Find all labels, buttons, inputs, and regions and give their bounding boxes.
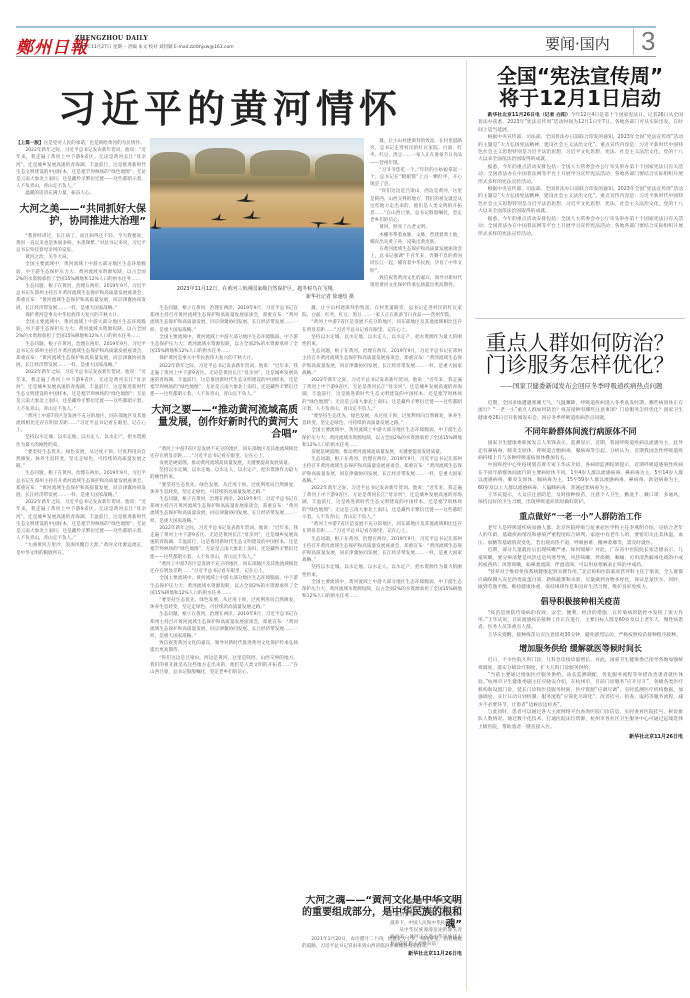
- body-paragraph: 致信祝贺黄河文化的嘉宾，领导对新时代推进黄河文化保护传承弘扬提出更高期待。: [370, 275, 462, 289]
- body-paragraph: 中国疾控中心免疫规划首席专家王华庆介绍，各病原监测结果提示，近期呼吸道感染性疾病…: [478, 462, 683, 492]
- section-heading-vaccination: 倡导积极接种相关疫苗: [478, 596, 683, 607]
- photo-treeline: [195, 148, 245, 174]
- intro-paragraph: 近期，全国多地遭遇寒潮天气，气温骤降，呼吸道疾病进入冬季高发时期。哪些病原体正在…: [478, 400, 683, 422]
- photo-treeline: [250, 150, 310, 176]
- body-paragraph: 生态问题，根子在黄河，治理在两岸。2019年9月，习近平总书记在郑州主持召开黄河…: [150, 496, 298, 525]
- body-paragraph: 全国主要流域中，黄河流域上中游大部分地区生态环境脆弱，中下游生态保护压力大；黄河…: [150, 334, 298, 356]
- body-paragraph: 王华庆提醒，接种疫苗后应注意留观30分钟，避免剧烈运动，严格按照疫苗接种程序接种…: [478, 632, 683, 639]
- body-paragraph: 老年人是呼吸道疾病易感人群。北京医院呼吸与危重症医学科主任李燕明介绍，应结合老年…: [478, 525, 683, 547]
- body-paragraph: 黄河之治，关乎大局。: [16, 254, 146, 261]
- section-heading-river-development: 大河之要——“推动黄河流域高质量发展，创作好新时代的黄河大合唱”: [150, 405, 298, 441]
- body-paragraph: 全国主要流域中，黄河流域上中游大部分地区生态环境脆弱，中下游生态保护压力大；黄河…: [302, 579, 462, 601]
- photo-caption-text: 2023年11月12日，在黄河三角洲国家级自然保护区，越冬候鸟在飞翔。: [177, 286, 337, 292]
- body-paragraph: 生态问题，根子在黄河，治理在两岸。2019年9月，习近平总书记在郑州主持召开黄河…: [302, 348, 462, 377]
- body-paragraph: 溉，让小山村逐渐拜豹致富，在村里道路旁，总书记走进村民的红瓦家院。白面、红枣、红…: [302, 305, 462, 319]
- dateline: 新华社北京11月26日电: [478, 734, 683, 741]
- body-paragraph: “江河之所以能冲开绝壁夺隘而出，是因其积聚了千里奔涌、万壑归流的洪荒伟力。”在这…: [390, 898, 462, 927]
- body-paragraph: “黄河上中游7省区是发展不充分的地区，同东部地区及其他流域相比还存在明显差距………: [150, 446, 298, 460]
- body-paragraph: 据悉，今年的重点活动安排包括：全国人大常委会办公厅牵头举办第十个国家宪法日有关活…: [478, 216, 683, 238]
- body-paragraph: “要坚持生态优先、绿色发展，从过度干预、过度利用向自然修复、休养生息转变，坚定走…: [150, 482, 298, 496]
- right-bottom-headline: 重点人群如何防治？ 门诊服务怎样优化？: [475, 332, 685, 376]
- body-paragraph: “习爷爷您吃一个。”年轻的小姑娘拿起一个，总书记在“瞪眼馍”上点一颗红枣，开心地…: [370, 167, 462, 189]
- right-top-headline: 全国“宪法宣传周” 将于12月1日启动: [475, 65, 685, 109]
- bird-icon: [242, 210, 262, 222]
- body-paragraph: 致信祝贺黄河文化的嘉宾，领导对新时代推进黄河文化保护传承弘扬提出更高期待。: [150, 640, 298, 654]
- body-paragraph: 2022年新年之际，习近平总书记发表新年贺词。他说：“近年来，我走遍了黄河上中下…: [302, 377, 462, 413]
- body-paragraph: 从中华民族漫漫征途的源头奔涌而来，黄河正在新中华民族伟大复兴的征程上奔腾向前！: [390, 927, 462, 949]
- masthead: 鄭州日報 ZHENGZHOU DAILY 2023年11月27日 星期一 责编 …: [0, 0, 690, 56]
- body-paragraph: 保护黄河是事关中华民族伟大复兴的千秋大计。: [150, 355, 298, 362]
- lead-tag: 【上篇一版】: [16, 141, 44, 146]
- body-paragraph: 全国主要流域中，黄河流域上中游大部分地区生态环境脆弱，中下游生态保护压力大；黄河…: [302, 427, 462, 449]
- main-headline: 习近平的黄河情怀: [0, 78, 460, 133]
- body-paragraph: 2022年新年之际，习近平总书记发表新年贺词。他说：“近年来，我走遍了黄河上中下…: [302, 485, 462, 521]
- body-paragraph: 国家卫生健康委新闻发言人米锋表示，监测显示，近期，我国呼吸道疾病以流感为主，此外…: [478, 440, 683, 462]
- body-paragraph: 黄河，照亮了古老文明。: [370, 224, 462, 231]
- body-paragraph: 生态问题，根子在黄河，治理在两岸。2019年9月，习近平总书记在郑州主持召开黄河…: [302, 536, 462, 565]
- body-paragraph: 溉，让小山村逐渐拜豹致富，在村里道路旁，总书记走进村民的红瓦家院。白面、红枣、红…: [370, 138, 462, 167]
- issue-meta: 2023年11月27日 星期一 责编 朱文 校对 刘钊铜 E-mail:zzrb…: [75, 44, 234, 50]
- body-paragraph: 根据中央宣传部、司法部、全国普法办日前联合印发的通知，2023年全国“宪法宣传周…: [478, 186, 683, 216]
- body-paragraph: 2022年新年之际，习近平总书记发表新年贺词。他说：“近年来，我走遍了黄河上中下…: [150, 525, 298, 561]
- body-paragraph: “营养对于维持免疫系统健康起到关键作用。”北京协和医院临床营养科主任于康说，全人…: [478, 569, 683, 591]
- body-paragraph: 王华庆提示，大众应注意防范，及时接种疫苗，注意个人卫生，勤洗手、戴口罩、多通风，…: [478, 492, 683, 507]
- bird-icon: [332, 216, 352, 228]
- body-paragraph: 木栅李系着血脉，文脉，营建着黄土地，哺育出炎黄子孙，浸染出黄皮肤。: [370, 232, 462, 246]
- body-paragraph: 生态问题，根子在黄河，治理在两岸。2019年9月，习近平总书记在郑州主持召开黄河…: [150, 611, 298, 640]
- page-number: 3: [641, 26, 655, 57]
- section-name: 要闻·国内: [545, 33, 610, 54]
- section-heading-pathogens: 不同年龄群体间流行病原体不同: [478, 426, 683, 437]
- body-paragraph: 坚持以水定城、以水定地、以水定人、以水定产，把水资源作为最大的刚性约束。: [302, 334, 462, 348]
- bird-icon: [310, 218, 328, 230]
- body-paragraph: “黄河上中游7省区是发展不充分的地区，同东部地区及其他流域相比还存在明显差距………: [302, 521, 462, 535]
- body-paragraph: “当前主要通过增加医疗服务供给，动态监测调配，优化服务流程等举措改善患者就医体验…: [478, 672, 683, 709]
- article-separator: [475, 318, 685, 319]
- intro-paragraph: 2022年新年之际，习近平总书记发表新年贺词。他说：“近年来，我走遍了黄河上中下…: [16, 147, 146, 190]
- photo-caption: 2023年11月12日，在黄河三角洲国家级自然保护区，越冬候鸟在飞翔。 新华社记…: [150, 285, 364, 301]
- body-paragraph: 2022年新年之际，习近平总书记发表新年贺词。他说：“近年来，我走遍了黄河上中下…: [150, 363, 298, 399]
- body-paragraph: “黄河上中游7省区是发展不充分的地区，同东部地区及其他流域相比还存在明显差距………: [302, 319, 462, 333]
- body-paragraph: 坚持以水定城、以水定地、以水定人、以水定产，把水资源作为最大的刚性约束。: [302, 564, 462, 578]
- body-paragraph: 坚持以水定城、以水定地、以水定人、以水定产，把水资源作为最大的刚性约束。: [16, 434, 146, 448]
- body-paragraph: 生态问题，根子在黄河，治理在两岸。2019年9月，习近平总书记在郑州主持召开黄河…: [16, 470, 146, 499]
- body-paragraph: “要坚持生态优先、绿色发展，从过度干预、过度利用向自然修复、休养生息转变，坚定走…: [16, 449, 146, 471]
- body-paragraph: “要坚持生态优先、绿色发展，从过度干预、过度利用向自然修复、休养生息转变，坚定走…: [302, 413, 462, 427]
- photo-credit: 新华社记者 徐速绘 摄: [150, 293, 364, 301]
- article-column-photo-side: 溉，让小山村逐渐拜豹致富，在村里道路旁，总书记走进村民的红瓦家院。白面、红枣、红…: [370, 138, 462, 303]
- section-heading-river-beauty: 大河之美——“共同抓好大保护，协同推进大治理”: [16, 204, 146, 228]
- dateline: 新华社北京11月26日电: [390, 951, 462, 958]
- news-photo-migratory-birds: [150, 138, 364, 280]
- article-column-2: 生态问题，根子在黄河，治理在两岸。2019年9月，习近平总书记在郑州主持召开黄河…: [150, 305, 298, 990]
- body-paragraph: 全国主要流域中，黄河流域上中游大部分地区生态环境脆弱，中下游生态保护压力大；黄河…: [16, 319, 146, 341]
- photo-treeline: [315, 154, 364, 180]
- body-paragraph: “疫苗是预防传染病的有效、安全、便利，经济的措施，在传染病的防控中发挥了很大作用…: [478, 610, 683, 632]
- body-paragraph: 发展是硬道理。推动黄河流域高质量发展，关键要提高发展质量。: [302, 449, 462, 456]
- body-paragraph: 坚持以水定城、以水定地、以水定人、以水定产，把水资源作为最大的刚性约束。: [150, 467, 298, 481]
- body-paragraph: 近期，部分儿童就医后出现咳嗽严重、如何缓解？对此，广东省中医院院长张忠德表示，儿…: [478, 547, 683, 569]
- body-paragraph: “你们这边是吕梁山，西边是黄河，这里是陕西、山西交界的地方，我们的祖先就是从这些…: [150, 655, 298, 677]
- body-paragraph: 据悉，今年的重点活动安排包括：全国人大常委会办公厅牵头举办第十个国家宪法日有关活…: [478, 164, 683, 186]
- bird-icon: [236, 193, 256, 205]
- column-divider: [466, 60, 467, 990]
- body-paragraph: 2022年新年之际，习近平总书记发表新年贺词。他说：“近年来，我走遍了黄河上中下…: [16, 369, 146, 412]
- body-paragraph: 保护黄河是事关中华民族伟大复兴的千秋大计。: [16, 312, 146, 319]
- body-paragraph: 根据中央宣传部、司法部、全国普法办日前联合印发的通知，2023年全国“宪法宣传周…: [478, 134, 683, 164]
- intro-paragraph: 温暖的话语充满力量，振奋人心。: [16, 190, 146, 197]
- article-column-4-bottom: “江河之所以能冲开绝壁夺隘而出，是因其积聚了千里奔涌、万壑归流的洪荒伟力。”在这…: [390, 898, 462, 988]
- body-paragraph: 全国主要流域中，黄河流域上中游大部分地区生态环境脆弱，中下游生态保护压力大；黄河…: [150, 575, 298, 597]
- body-paragraph: 与此同时，患者可以通过各大主流网络平台查询医院门诊信息，实时查看医院挂号、候诊排…: [478, 709, 683, 731]
- masthead-bottom-rule: [16, 56, 656, 57]
- section-heading-elderly-children: 重点做好“一老一小”人群防治工作: [478, 511, 683, 522]
- body-paragraph: 生态问题，根子在黄河，治理在两岸。2019年9月，习近平总书记在郑州主持召开黄河…: [16, 283, 146, 312]
- body-paragraph: 生态问题，根子在黄河，治理在两岸。2019年9月，习近平总书记在郑州主持召开黄河…: [150, 305, 298, 334]
- masthead-divider: [633, 29, 634, 55]
- section-heading-service-supply: 增加服务供给 缓解就医等候时间长: [478, 643, 683, 654]
- photo-treeline: [150, 152, 190, 178]
- body-paragraph: 生态问题，根子在黄河，治理在两岸。2019年9月，习近平总书记在郑州主持召开黄河…: [302, 456, 462, 485]
- respiratory-disease-article: 近期，全国多地遭遇寒潮天气，气温骤降，呼吸道疾病进入冬季高发时期。哪些病原体正在…: [478, 400, 683, 985]
- lead-paragraph: 新华社北京11月26日电（记者 白阳）今年12月4日是第十个国家宪法日。记者26…: [478, 112, 683, 134]
- body-paragraph: “黄河上中游7省区是发展不充分的地区，同东部地区及其他流域相比还存在明显差距………: [150, 561, 298, 575]
- body-paragraph: 全国主要流域中，黄河流域上中游大部分地区生态环境脆弱，中下游生态保护压力大；黄河…: [16, 261, 146, 283]
- body-paragraph: 在黄河流域生态保护和高质量发展座谈会上，总书记强调“千百年来，奔腾不息的黄河同长…: [370, 246, 462, 275]
- newspaper-english-name: ZHENGZHOU DAILY: [75, 35, 148, 42]
- body-paragraph: “黄河上中游7省区是发展不充分的地区，同东部地区及其他流域相比还存在明显差距………: [16, 413, 146, 435]
- body-paragraph: “九曲黄河万里沙，浪淘风簸自天涯。”黄河文化源远流长，是中华文明的根脉所在。: [16, 542, 146, 556]
- article-column-1: 【上篇一版】这是党对人民的承诺，也是锁绘黄河的为民情怀。 2022年新年之际，习…: [16, 140, 146, 990]
- body-paragraph: 生态问题，根子在黄河，治理在两岸。2019年9月，习近平总书记在郑州主持召开黄河…: [16, 341, 146, 370]
- constitution-week-article: 新华社北京11月26日电（记者 白阳）今年12月4日是第十个国家宪法日。记者26…: [478, 112, 683, 314]
- body-paragraph: “我曾经讲过，长江病了，而且病得还不轻。今天我要说，黄河一直以来也是体弱多病，水…: [16, 233, 146, 255]
- masthead-top-rule: [16, 26, 656, 28]
- bird-icon: [210, 213, 228, 223]
- right-bottom-subtitle: ——国家卫健委新闻发布会回应冬季呼吸道疾病热点问题: [478, 382, 683, 391]
- body-paragraph: 近日，不少医院儿科门诊、儿科急诊接诊量增长。对此，国家卫生健康委已指导各地加强统…: [478, 657, 683, 672]
- article-column-3: 溉，让小山村逐渐拜豹致富，在村里道路旁，总书记走进村民的红瓦家院。白面、红枣、红…: [302, 305, 462, 900]
- body-paragraph: “要坚持生态优先、绿色发展，从过度干预、过度利用向自然修复、休养生息转变，坚定走…: [150, 597, 298, 611]
- bird-icon: [150, 218, 162, 232]
- body-paragraph: 2022年新年之际，习近平总书记发表新年贺词。他说：“近年来，我走遍了黄河上中下…: [16, 499, 146, 542]
- lead-paragraph: 【上篇一版】这是党对人民的承诺，也是锁绘黄河的为民情怀。: [16, 140, 146, 147]
- body-paragraph: “你们这边是吕梁山，西边是黄河，这里是陕西、山西交界的地方，我们的祖先就是从这些…: [370, 188, 462, 224]
- body-paragraph: 发展是硬道理。推动黄河流域高质量发展，关键要提高发展质量。: [150, 460, 298, 467]
